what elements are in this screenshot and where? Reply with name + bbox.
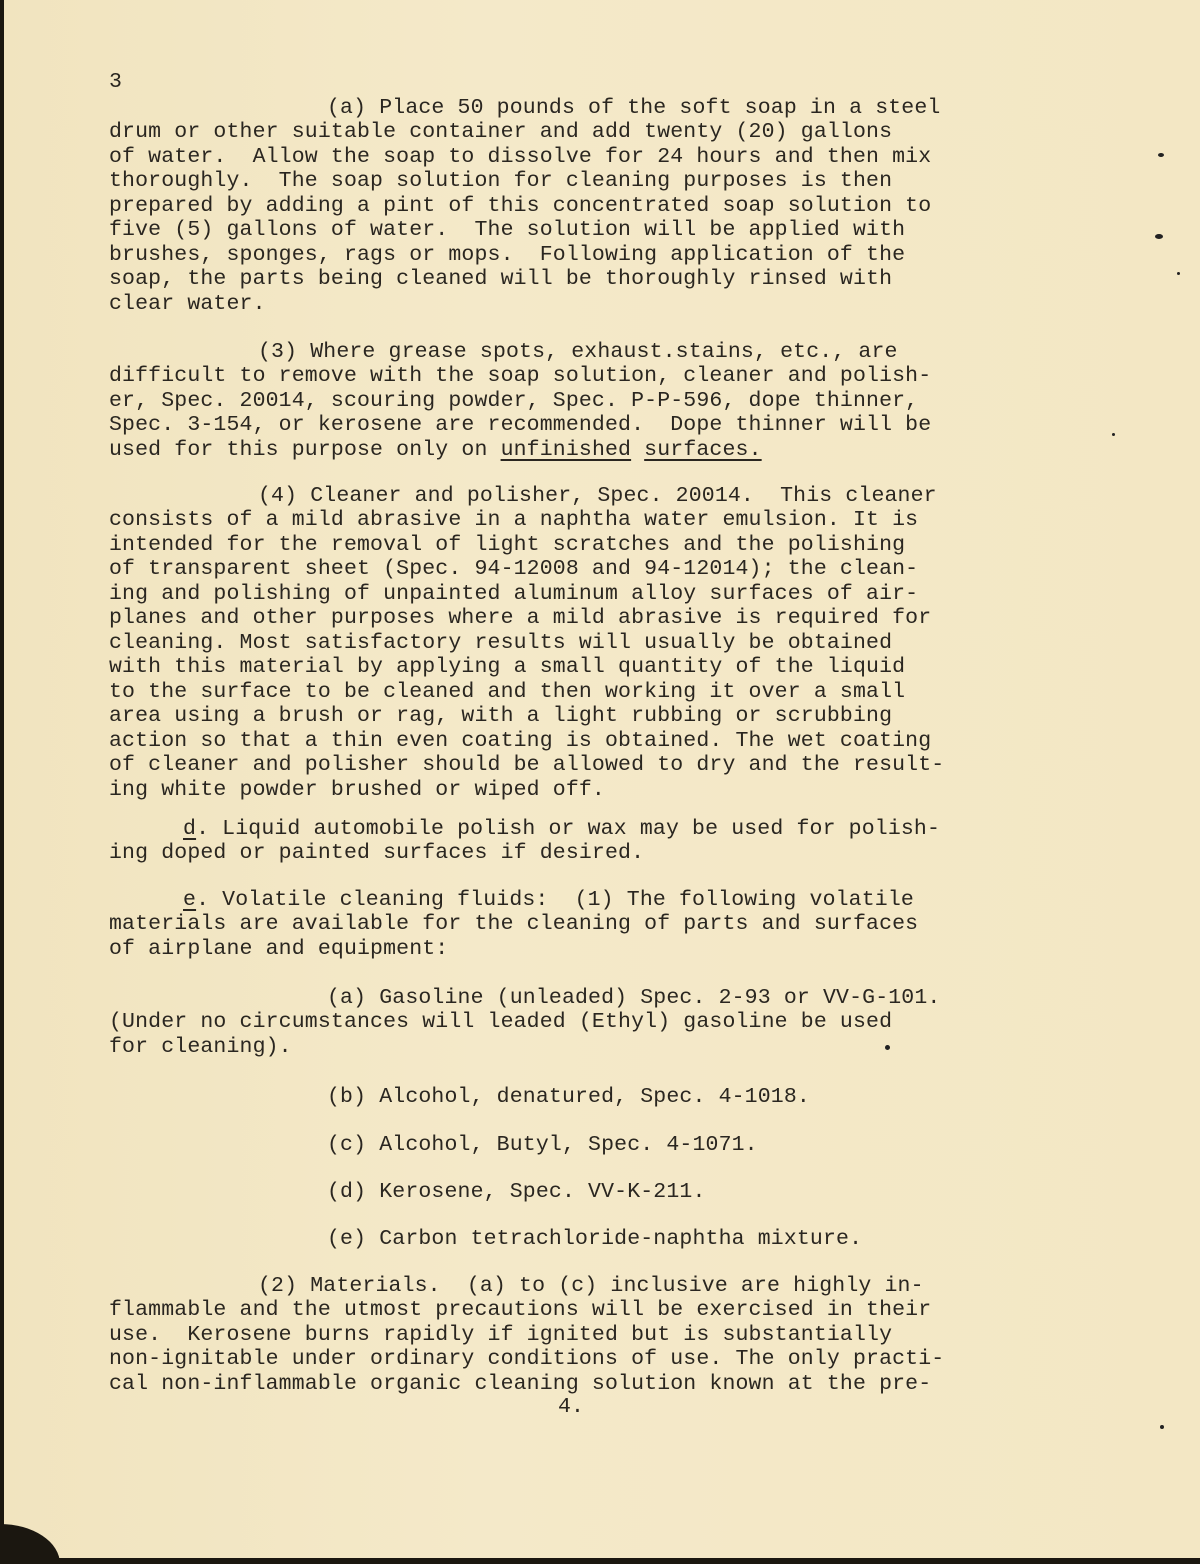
para-4-line: with this material by applying a small q… bbox=[109, 655, 905, 680]
para-d-text: . Liquid automobile polish or wax may be… bbox=[196, 817, 940, 841]
para-3-line: er, Spec. 20014, scouring powder, Spec. … bbox=[109, 389, 918, 414]
underlined-unfinished: unfinished bbox=[501, 438, 632, 462]
para-a-line: prepared by adding a pint of this concen… bbox=[109, 194, 931, 219]
list-item: (b) Alcohol, denatured, Spec. 4-1018. bbox=[327, 1085, 810, 1110]
para-3-line: difficult to remove with the soap soluti… bbox=[109, 364, 931, 389]
para-e-text: . Volatile cleaning fluids: (1) The foll… bbox=[196, 888, 914, 912]
para-4-line: ing white powder brushed or wiped off. bbox=[109, 778, 605, 803]
para-4-line: to the surface to be cleaned and then wo… bbox=[109, 680, 905, 705]
list-item: (d) Kerosene, Spec. VV-K-211. bbox=[327, 1180, 706, 1205]
para-a-line: thoroughly. The soap solution for cleani… bbox=[109, 169, 892, 194]
para-3-line: (3) Where grease spots, exhaust.stains, … bbox=[258, 340, 898, 365]
para-d-line: ing doped or painted surfaces if desired… bbox=[109, 841, 644, 866]
paper-speck bbox=[885, 1045, 890, 1050]
para-4-line: planes and other purposes where a mild a… bbox=[109, 606, 931, 631]
para-4-line: ing and polishing of unpainted aluminum … bbox=[109, 582, 918, 607]
para-2-line: cal non-inflammable organic cleaning sol… bbox=[109, 1372, 931, 1397]
para-e-a-line: (a) Gasoline (unleaded) Spec. 2-93 or VV… bbox=[327, 986, 940, 1011]
page-bottom-edge bbox=[0, 1558, 1200, 1564]
para-e-a-line: for cleaning). bbox=[109, 1035, 292, 1060]
para-e-a-line: (Under no circumstances will leaded (Eth… bbox=[109, 1010, 892, 1035]
list-item: (c) Alcohol, Butyl, Spec. 4-1071. bbox=[327, 1133, 758, 1158]
para-4-line: of transparent sheet (Spec. 94-12008 and… bbox=[109, 557, 918, 582]
paper-speck bbox=[1158, 153, 1164, 157]
para-e-letter: e bbox=[183, 888, 196, 912]
para-4-line: action so that a thin even coating is ob… bbox=[109, 729, 931, 754]
para-3-last-text: used for this purpose only on bbox=[109, 438, 501, 462]
list-item: (e) Carbon tetrachloride-naphtha mixture… bbox=[327, 1227, 862, 1252]
underlined-surfaces: surfaces. bbox=[644, 438, 761, 462]
para-a-line: of water. Allow the soap to dissolve for… bbox=[109, 145, 931, 170]
para-e-line: e. Volatile cleaning fluids: (1) The fol… bbox=[183, 888, 914, 913]
para-a-line: clear water. bbox=[109, 292, 266, 317]
para-3-last-line: used for this purpose only on unfinished… bbox=[109, 438, 762, 463]
para-4-line: of cleaner and polisher should be allowe… bbox=[109, 753, 944, 778]
para-a-line: five (5) gallons of water. The solution … bbox=[109, 218, 905, 243]
document-page: 3 (a) Place 50 pounds of the soft soap i… bbox=[0, 0, 1200, 1564]
paper-speck bbox=[1155, 234, 1163, 239]
para-4-line: area using a brush or rag, with a light … bbox=[109, 704, 892, 729]
page-left-edge bbox=[0, 0, 4, 1564]
paper-speck bbox=[1160, 1425, 1164, 1429]
page-number-bottom: 4. bbox=[558, 1395, 584, 1420]
para-e-line: materials are available for the cleaning… bbox=[109, 912, 918, 937]
para-2-line: (2) Materials. (a) to (c) inclusive are … bbox=[258, 1274, 924, 1299]
paper-speck bbox=[1112, 433, 1115, 436]
para-2-line: use. Kerosene burns rapidly if ignited b… bbox=[109, 1323, 892, 1348]
para-e-line: of airplane and equipment: bbox=[109, 937, 448, 962]
page-number-top: 3 bbox=[109, 70, 122, 95]
paper-speck bbox=[1177, 272, 1180, 275]
para-d-letter: d bbox=[183, 817, 196, 841]
para-4-line: consists of a mild abrasive in a naphtha… bbox=[109, 508, 918, 533]
para-d-line: d. Liquid automobile polish or wax may b… bbox=[183, 817, 940, 842]
para-2-line: flammable and the utmost precautions wil… bbox=[109, 1298, 931, 1323]
para-2-line: non-ignitable under ordinary conditions … bbox=[109, 1347, 944, 1372]
para-a-line: drum or other suitable container and add… bbox=[109, 120, 892, 145]
para-4-line: (4) Cleaner and polisher, Spec. 20014. T… bbox=[258, 484, 937, 509]
para-a-line: (a) Place 50 pounds of the soft soap in … bbox=[327, 96, 940, 121]
para-4-line: intended for the removal of light scratc… bbox=[109, 533, 905, 558]
para-3-line: Spec. 3-154, or kerosene are recommended… bbox=[109, 413, 931, 438]
para-a-line: brushes, sponges, rags or mops. Followin… bbox=[109, 243, 905, 268]
para-a-line: soap, the parts being cleaned will be th… bbox=[109, 267, 892, 292]
para-4-line: cleaning. Most satisfactory results will… bbox=[109, 631, 892, 656]
